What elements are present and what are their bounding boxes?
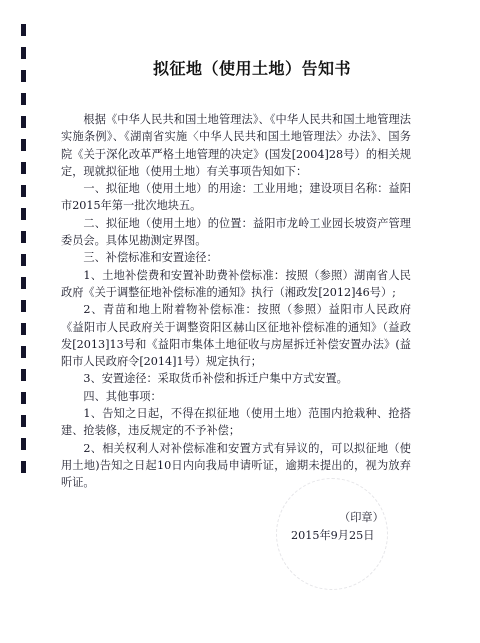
- binding-mark: [21, 162, 26, 174]
- paragraph-prohibition: 1、告知之日起，不得在拟征地（使用土地）范围内抢栽种、抢搭建、抢装修，违反规定的…: [61, 405, 411, 440]
- paragraph-location: 二、拟征地（使用土地）的位置：益阳市龙岭工业园长坡资产管理委员会。具体见勘测定界…: [61, 215, 411, 250]
- binding-mark: [21, 346, 26, 358]
- binding-mark: [21, 139, 26, 151]
- binding-mark: [21, 185, 26, 197]
- binding-mark: [21, 323, 26, 335]
- document-date: 2015年9月25日: [291, 527, 374, 543]
- paragraph-land-compensation: 1、土地补偿费和安置补助费补偿标准：按照（参照）湖南省人民政府《关于调整征地补偿…: [61, 267, 411, 302]
- binding-mark: [21, 208, 26, 220]
- document-body: 根据《中华人民共和国土地管理法》、《中华人民共和国土地管理法实施条例》、《湖南省…: [61, 111, 411, 492]
- paragraph-resettlement: 3、安置途径：采取货币补偿和拆迁户集中方式安置。: [61, 370, 411, 387]
- binding-mark: [21, 231, 26, 243]
- binding-marks: [21, 24, 29, 484]
- binding-mark: [21, 24, 26, 36]
- binding-mark: [21, 116, 26, 128]
- seal-label: （印章）: [339, 509, 384, 525]
- document-title: 拟征地（使用土地）告知书: [153, 56, 351, 79]
- paragraph-compensation-heading: 三、补偿标准和安置途径：: [61, 249, 411, 266]
- binding-mark: [21, 93, 26, 105]
- binding-mark: [21, 392, 26, 404]
- binding-mark: [21, 369, 26, 381]
- binding-mark: [21, 47, 26, 59]
- binding-mark: [21, 415, 26, 427]
- binding-mark: [21, 300, 26, 312]
- binding-mark: [21, 277, 26, 289]
- paragraph-land-use: 一、拟征地（使用土地）的用途：工业用地；建设项目名称：益阳市2015年第一批次地…: [61, 180, 411, 215]
- binding-mark: [21, 70, 26, 82]
- paragraph-other-heading: 四、其他事项：: [61, 388, 411, 405]
- binding-mark: [21, 461, 26, 473]
- binding-mark: [21, 438, 26, 450]
- binding-mark: [21, 254, 26, 266]
- paragraph-crop-compensation: 2、青苗和地上附着物补偿标准：按照（参照）益阳市人民政府《益阳市人民政府关于调整…: [61, 301, 411, 370]
- paragraph-preamble: 根据《中华人民共和国土地管理法》、《中华人民共和国土地管理法实施条例》、《湖南省…: [61, 111, 411, 180]
